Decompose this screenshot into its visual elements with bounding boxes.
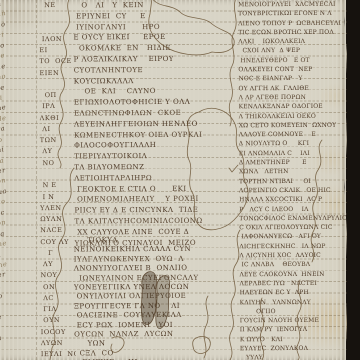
text-line: C ΟΚΙΛ ΛΓΙΕΟΛΟΥΥΩΝΛ CΙC xyxy=(239,223,346,233)
text-column-1-lower: ΤΙΟΚΥΛΝΕΙΝΟΙΚΕΙΚΗΙΛ CΛΛΛΛ CΥΝΙΥΛΓΛΥΝΩΚΕΝ… xyxy=(74,236,245,360)
text-line: ΙΡΛ xyxy=(40,101,75,112)
text-line: ΛΛΛΟΥΕ CΟΜΝΟΥΕ Ε xyxy=(239,130,346,140)
text-line: ΤΟΡΤΗΝ ΝΤΙΒΛΙ ΟΙ xyxy=(239,176,346,186)
left-fragment-column: ΝΕ ΙΛΟΝΕΙΤΟ ΟCΕΕΙΕΝ ΟΠ ΙΡΛΛΚΘΙ ΛΙΤΩΝ ΛΥ … xyxy=(39,0,76,360)
text-column-1-upper: Ο ΛΙ Υ ΚΕΙΝ ΕΡΙΥΝΕΙ CΥ Ε ΙΥΙΝΟΓΛΝΥΙ ΗΡΟΕ… xyxy=(73,0,244,249)
text-line: ΤΟΝΩCΦΙΛΟC ΕΝΛΜΕΝΥΛΡΥΛΙC xyxy=(239,214,346,224)
text-line: ΛΚΘΙ xyxy=(40,113,75,124)
text-line: ΧΩ CΕΤΟ ΚΟΜΕΥΕΙΝ ΩΧΝΟΥ xyxy=(239,121,346,131)
text-line: ΟΠ xyxy=(40,90,75,101)
text-line: ΝΟC Ε ΕΙΛΝΓΛΡ Υ xyxy=(238,74,345,84)
text-line: ΤΩΝ xyxy=(40,135,75,146)
marginalia-column: imonnchodeintoorecheanosseglionendeerall… xyxy=(0,0,40,355)
text-line: Γ xyxy=(40,248,75,259)
text-line: ΛΙ xyxy=(40,124,75,135)
text-line: Λ ΤΗΙΚΟΛΛΚΕΙΛΙ ΟΕΚΟ xyxy=(239,111,346,121)
text-line: ΩΥΛΝ xyxy=(40,214,75,225)
text-line: ΧΩΝΛ ΛΕΤΗΝ xyxy=(239,167,346,177)
text-line: Λ ΛΡ ΛΓΕΘΕ ΠΟΡΩΝ xyxy=(239,93,346,103)
text-line: ΟΛΛΚΕΥΕΙ CΟΝΤ ΝΕΡ xyxy=(238,65,345,75)
text-line: ΓΙΛ xyxy=(41,304,76,315)
text-line: ΕΙ xyxy=(39,45,74,56)
text-line: ΙΟCΟΥ xyxy=(41,327,76,338)
text-line: ΥΥΛΥ xyxy=(240,353,347,360)
text-line: ΝΟ xyxy=(40,158,75,169)
text-line: ΙΕΥΛΙ ΝΟ xyxy=(41,349,76,360)
text-line: Λ ΛΙCΥΝΗΙ ΧΟC ΛΛΥΟΙC xyxy=(239,251,346,261)
text-line xyxy=(39,11,74,22)
text-line: Ρ ΛCΥ C ΙΛΕΟΟ ΙΛ xyxy=(239,204,346,214)
text-line: ΟΥΝ xyxy=(41,315,76,326)
text-line: ΛΕΡΛΒΕC ΙΥΩ ΝΛCΤΕΙ xyxy=(240,279,347,289)
text-line: ΛC xyxy=(41,293,76,304)
text-line: ΕΙ ΛΝΩΜΛΛΙΛ C ΙΛΙ xyxy=(239,148,346,158)
text-line: ΛΙCΗΓΕCΚΗΝΗC ΙΛ ΝΩΡ xyxy=(239,241,346,251)
text-line xyxy=(39,79,74,90)
text-line: ΟΥ ΛΓΓΗ ΛΚ ΓΛΛΙΘΕ xyxy=(238,83,345,93)
text-line: ΛΕΥΕ CΛΟΚΟΥΝΛ ΗΝΕΙΝ xyxy=(239,269,346,279)
text-line: ΛΥ xyxy=(40,259,75,270)
text-line: ΝΛCΕ xyxy=(40,225,75,236)
text-line: ΛΛΚΙ ΙΩΚΟΛΛΚΕΙΛ xyxy=(238,37,345,47)
text-line: Δ ΛΜΕΝΤΗΝΕΡ Ε xyxy=(239,158,346,168)
text-line: CΟΥ ΛΥ xyxy=(40,236,75,247)
text-line: Ν Ε xyxy=(40,180,75,191)
text-line: ΗΝΕΛΕΥΘΕΡΟ Ε ΟΤ xyxy=(238,56,345,66)
text-column-2: ΜΕΝΟΙΟΓΡΛΥΕΙ ΧΛCΜΥΕCΛΙΤΟΝΥΒΡΙCΤΙΚΩΙ ΕΓΟΝ… xyxy=(238,0,347,360)
text-line: ΤΙC ΕCΩΝ ΒΡΟΤΗC ΧΕΡ ΠΟΛ xyxy=(238,28,345,38)
text-line: ΙΛΦΟΝΛΝΥΕCΩ ΛΓΙ ΟΥ xyxy=(239,232,346,242)
manuscript-page: imonnchodeintoorecheanosseglionendeerall… xyxy=(0,0,360,360)
text-line: ΝΕ xyxy=(39,0,74,11)
text-line xyxy=(40,169,75,180)
text-line: ΙC ΛΝΛΒΛ ΘΕΟΥΒΛ xyxy=(239,260,346,270)
text-line xyxy=(39,22,74,33)
text-line: ΗΝΛΛΛ ΧΧCΟCΤΙΚΙ ΛC Ρ xyxy=(239,195,346,205)
scanner-edge-bar xyxy=(347,0,360,360)
text-line: ΙΛΟΝ xyxy=(39,34,74,45)
text-line: ΚΕΝΛΛΚΞΛΝΔΡ ΟΔΟΓΙΟΕ xyxy=(239,102,346,112)
text-line: ΗΛΕΥΕΩΝ ΕC Υ ΛΡΗ xyxy=(240,288,347,298)
text-line: ΥΛΕΝ xyxy=(40,203,75,214)
text-line: ΛΟΡΕΙΝΓΙΟ CΚΛΙΚ ΟΕ ΗΙC xyxy=(239,186,346,196)
text-line: ΟΝ xyxy=(41,282,76,293)
text-line: CΧΟΙ ΛΝΥ Δ ΨΕΡ xyxy=(238,46,345,56)
text-line: ΛΙΕΝΟ ΤΟΠΟΥ Ρ ΩCΒΛΗCΕΥΛΙ xyxy=(238,18,345,28)
text-line: ΕΙΕΝ xyxy=(39,68,74,79)
text-line: ΛΥΩΝ xyxy=(41,338,76,349)
text-line: ΤΟΝΥΒΡΙCΤΙΚΩΙ ΕΓΟΝΕ Ν Λ xyxy=(238,9,345,19)
text-line: ΝΟΥ xyxy=(40,270,75,281)
text-line: ΟΓΙΙΟ xyxy=(240,307,347,317)
text-line: Ι Ν xyxy=(40,191,75,202)
text-line: ΛΥ xyxy=(40,146,75,157)
text-line: Δ ΝΙΟΥΛΥΤΩ Ο ΚΓΙ xyxy=(239,139,346,149)
text-line: ΤΟ ΟCΕ xyxy=(39,56,74,67)
text-line: ΚΛΙΥΗΝ ΥΛΝΝΩΝΛΥ xyxy=(240,297,347,307)
